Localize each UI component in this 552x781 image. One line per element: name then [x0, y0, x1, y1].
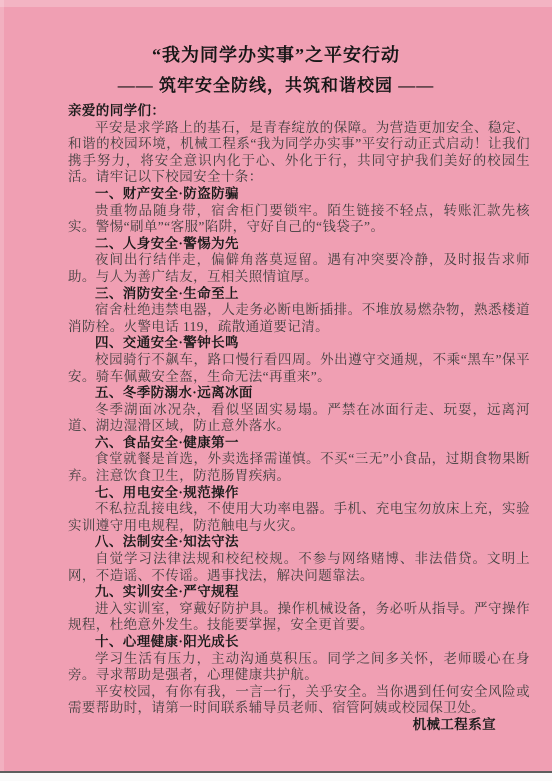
notice-header: “我为同学办实事”之平安行动 —— 筑牢安全防线，共筑和谐校园 —— [0, 0, 552, 97]
notice-body: 亲爱的同学们： 平安是求学路上的基石，是青春绽放的保障。为营造更加安全、稳定、和… [68, 103, 530, 734]
section-4-heading: 四、交通安全·警钟长鸣 [68, 335, 530, 352]
scan-bottom-edge [0, 771, 552, 781]
section-9-heading: 九、实训安全·严守规程 [68, 584, 530, 601]
salutation: 亲爱的同学们： [68, 103, 530, 120]
section-7-heading: 七、用电安全·规范操作 [68, 485, 530, 502]
section-3-body: 宿舍杜绝违禁电器，人走务必断电断插排。不堆放易燃杂物，熟悉楼道消防栓。火警电话 … [68, 302, 530, 335]
safety-notice-page: “我为同学办实事”之平安行动 —— 筑牢安全防线，共筑和谐校园 —— 亲爱的同学… [0, 0, 552, 781]
section-6-body: 食堂就餐是首选，外卖选择需谨慎。不买“三无”小食品，过期食物果断弃。注意饮食卫生… [68, 451, 530, 484]
section-1-body: 贵重物品随身带，宿舍柜门要锁牢。陌生链接不轻点，转账汇款先核实。警惕“刷单”“客… [68, 203, 530, 236]
section-7-body: 不私拉乱接电线，不使用大功率电器。手机、充电宝勿放床上充，实验实训遵守用电规程，… [68, 501, 530, 534]
section-10-body: 学习生活有压力，主动沟通莫积压。同学之间多关怀，老师暖心在身旁。寻求帮助是强者，… [68, 651, 530, 684]
section-8-heading: 八、法制安全·知法守法 [68, 534, 530, 551]
section-8-body: 自觉学习法律法规和校纪校规。不参与网络赌博、非法借贷。文明上网，不造谣、不传谣。… [68, 551, 530, 584]
section-5-heading: 五、冬季防溺水·远离冰面 [68, 385, 530, 402]
section-10-heading: 十、心理健康·阳光成长 [68, 634, 530, 651]
section-6-heading: 六、食品安全·健康第一 [68, 435, 530, 452]
section-2-body: 夜间出行结伴走，偏僻角落莫逗留。遇有冲突要冷静，及时报告求师助。与人为善广结友，… [68, 252, 530, 285]
intro-paragraph: 平安是求学路上的基石，是青春绽放的保障。为营造更加安全、稳定、和谐的校园环境，机… [68, 120, 530, 186]
section-5-body: 冬季湖面冰况杂，看似坚固实易塌。严禁在冰面行走、玩耍，远离河道、湖边湿滑区域，防… [68, 402, 530, 435]
section-4-body: 校园骑行不飙车，路口慢行看四周。外出遵守交通规，不乘“黑车”保平安。骑车佩戴安全… [68, 352, 530, 385]
signature: 机械工程系宣 [68, 717, 530, 734]
page-subtitle: —— 筑牢安全防线，共筑和谐校园 —— [0, 75, 552, 97]
section-9-body: 进入实训室，穿戴好防护具。操作机械设备，务必听从指导。严守操作规程，杜绝意外发生… [68, 601, 530, 634]
section-1-heading: 一、财产安全·防盗防骗 [68, 186, 530, 203]
section-2-heading: 二、人身安全·警惕为先 [68, 236, 530, 253]
section-3-heading: 三、消防安全·生命至上 [68, 286, 530, 303]
scan-left-edge [0, 0, 4, 781]
closing-paragraph: 平安校园，有你有我，一言一行，关乎安全。当你遇到任何安全风险或需要帮助时，请第一… [68, 684, 530, 717]
page-title: “我为同学办实事”之平安行动 [0, 44, 552, 66]
